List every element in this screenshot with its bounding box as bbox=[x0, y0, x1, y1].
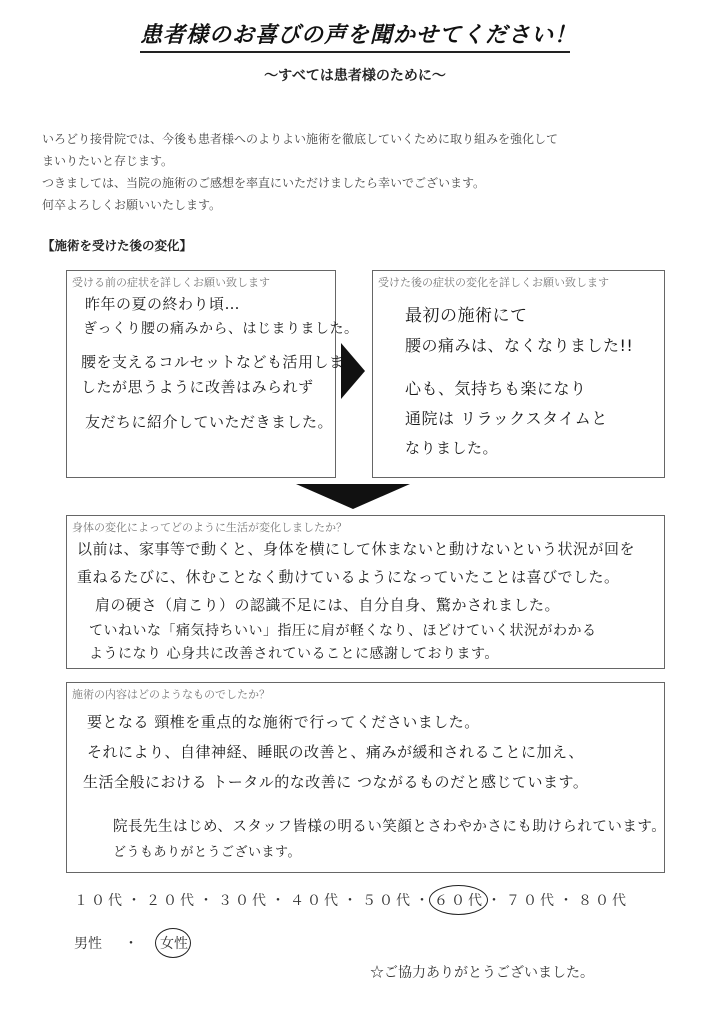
separator: ・ bbox=[199, 890, 216, 910]
handwritten-answer-line: したが思うように改善はみられず bbox=[81, 376, 314, 397]
handwritten-answer-line: 生活全般における トータル的な改善に つながるものだと感じています。 bbox=[83, 771, 588, 792]
age-option-60s-selected[interactable]: ６０代 bbox=[434, 890, 485, 910]
gender-options: 男性 ・ 女性 bbox=[74, 933, 188, 953]
treatment-content-box: 施術の内容はどのようなものでしたか？ 要となる 頸椎を重点的な施術で行ってくださ… bbox=[66, 682, 665, 873]
intro-line: つきましては、当院の施術のご感想を率直にいただけましたら幸いでございます。 bbox=[42, 172, 682, 194]
down-arrow-icon bbox=[296, 484, 410, 509]
before-prompt: 受ける前の症状を詳しくお願い致します bbox=[72, 274, 270, 290]
gender-option-male[interactable]: 男性 bbox=[74, 933, 102, 953]
after-prompt: 受けた後の症状の変化を詳しくお願い致します bbox=[378, 274, 609, 290]
handwritten-answer-line: どうもありがとうございます。 bbox=[113, 841, 301, 860]
right-arrow-icon bbox=[341, 343, 365, 399]
intro-line: まいりたいと存じます。 bbox=[42, 150, 682, 172]
handwritten-answer-line: 腰の痛みは、なくなりました!! bbox=[405, 333, 633, 356]
age-option-30s[interactable]: ３０代 bbox=[218, 890, 269, 910]
intro-line: いろどり接骨院では、今後も患者様へのよりよい施術を徹底していくために取り組みを強… bbox=[42, 128, 682, 150]
age-option-10s[interactable]: １０代 bbox=[74, 890, 125, 910]
separator: ・ bbox=[559, 890, 576, 910]
separator: ・ bbox=[487, 890, 504, 910]
before-symptoms-box: 受ける前の症状を詳しくお願い致します 昨年の夏の終わり頃… ぎっくり腰の痛みから… bbox=[66, 270, 336, 478]
handwritten-answer-line: 腰を支えるコルセットなども活用しま bbox=[81, 351, 345, 372]
treatment-prompt: 施術の内容はどのようなものでしたか？ bbox=[72, 686, 270, 702]
handwritten-answer-line: 重ねるたびに、休むことなく動けているようになっていたことは喜びでした。 bbox=[77, 566, 620, 587]
handwritten-answer-line: ていねいな「痛気持ちいい」指圧に肩が軽くなり、ほどけていく状況がわかる bbox=[89, 620, 597, 640]
handwritten-answer-line: 最初の施術にて bbox=[405, 301, 528, 326]
handwritten-answer-line: それにより、自律神経、睡眠の改善と、痛みが緩和されることに加え、 bbox=[87, 741, 584, 762]
after-symptoms-box: 受けた後の症状の変化を詳しくお願い致します 最初の施術にて 腰の痛みは、なくなり… bbox=[372, 270, 665, 478]
age-option-80s[interactable]: ８０代 bbox=[578, 890, 629, 910]
age-option-40s[interactable]: ４０代 bbox=[290, 890, 341, 910]
handwritten-answer-line: なりました。 bbox=[405, 437, 498, 458]
handwritten-answer-line: 要となる 頸椎を重点的な施術で行ってくださいました。 bbox=[87, 711, 480, 732]
separator: ・ bbox=[271, 890, 288, 910]
page-title: 患者様のお喜びの声を聞かせてください！ bbox=[140, 18, 570, 53]
life-change-box: 身体の変化によってどのように生活が変化しましたか？ 以前は、家事等で動くと、身体… bbox=[66, 515, 665, 669]
thanks-message: ☆ご協力ありがとうございました。 bbox=[370, 962, 594, 982]
handwritten-answer-line: 通院は リラックスタイムと bbox=[405, 406, 608, 429]
handwritten-answer-line: 友だちに紹介していただきました。 bbox=[85, 411, 333, 432]
separator: ・ bbox=[124, 933, 138, 953]
age-option-70s[interactable]: ７０代 bbox=[506, 890, 557, 910]
handwritten-answer-line: ぎっくり腰の痛みから、はじまりました。 bbox=[83, 318, 359, 338]
handwritten-answer-line: 以前は、家事等で動くと、身体を横にして休まないと動けないという状況が回を bbox=[77, 538, 635, 559]
age-group-options: １０代 ・ ２０代 ・ ３０代 ・ ４０代 ・ ５０代 ・ ６０代 ・ ７０代 … bbox=[74, 890, 629, 910]
handwritten-answer-line: 院長先生はじめ、スタッフ皆様の明るい笑顔とさわやかさにも助けられています。 bbox=[113, 815, 666, 836]
intro-text: いろどり接骨院では、今後も患者様へのよりよい施術を徹底していくために取り組みを強… bbox=[42, 128, 682, 216]
gender-option-female-selected[interactable]: 女性 bbox=[160, 933, 188, 953]
separator: ・ bbox=[127, 890, 144, 910]
handwritten-answer-line: 肩の硬さ（肩こり）の認識不足には、自分自身、驚かされました。 bbox=[95, 594, 560, 615]
handwritten-answer-line: ようになり 心身共に改善されていることに感謝しております。 bbox=[89, 643, 499, 663]
intro-line: 何卒よろしくお願いいたします。 bbox=[42, 194, 682, 216]
handwritten-answer-line: 心も、気持ちも楽になり bbox=[405, 376, 587, 399]
handwritten-answer-line: 昨年の夏の終わり頃… bbox=[85, 293, 240, 314]
age-option-50s[interactable]: ５０代 bbox=[362, 890, 413, 910]
age-option-20s[interactable]: ２０代 bbox=[146, 890, 197, 910]
separator: ・ bbox=[343, 890, 360, 910]
life-change-prompt: 身体の変化によってどのように生活が変化しましたか？ bbox=[72, 519, 347, 535]
section-heading: 【施術を受けた後の変化】 bbox=[42, 236, 192, 254]
page-subtitle: ～すべては患者様のために～ bbox=[0, 65, 710, 85]
